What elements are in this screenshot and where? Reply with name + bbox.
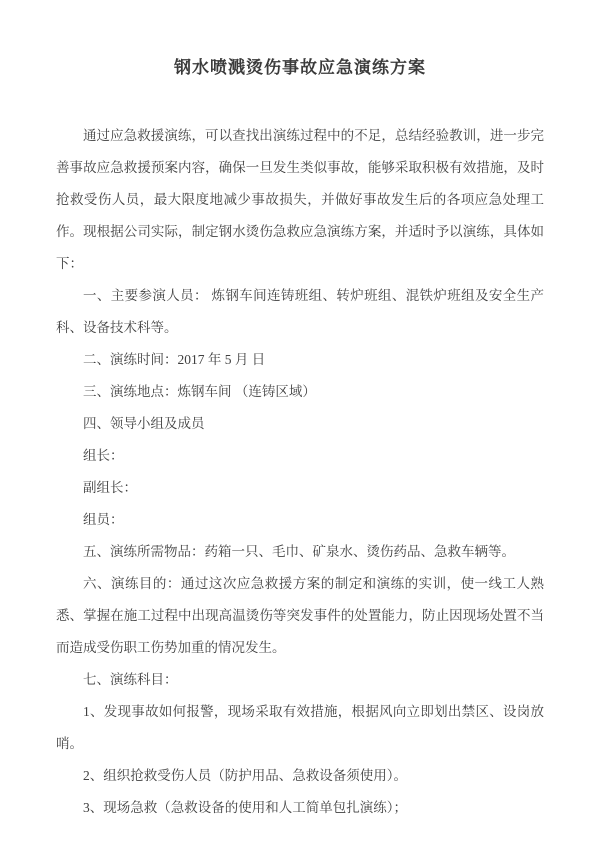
deputy-leader-field: 副组长： xyxy=(56,472,544,504)
document-body: 通过应急救援演练，可以查找出演练过程中的不足，总结经验教训，进一步完善事故应急救… xyxy=(0,120,600,824)
subject-2-rescue: 2、组织抢救受伤人员（防护用品、急救设备须使用）。 xyxy=(56,760,544,792)
item-5-supplies: 五、演练所需物品：药箱一只、毛巾、矿泉水、烫伤药品、急救车辆等。 xyxy=(56,536,544,568)
subject-3-first-aid: 3、现场急救（急救设备的使用和人工简单包扎演练）； xyxy=(56,792,544,824)
group-members-field: 组员： xyxy=(56,504,544,536)
item-1-participants: 一、主要参演人员： 炼钢车间连铸班组、转炉班组、混铁炉班组及安全生产科、设备技术… xyxy=(56,280,544,344)
item-6-purpose: 六、演练目的：通过这次应急救援方案的制定和演练的实训，使一线工人熟悉、掌握在施工… xyxy=(56,568,544,664)
intro-paragraph: 通过应急救援演练，可以查找出演练过程中的不足，总结经验教训，进一步完善事故应急救… xyxy=(56,120,544,280)
group-leader-field: 组长： xyxy=(56,440,544,472)
item-3-drill-location: 三、演练地点：炼钢车间 （连铸区域） xyxy=(56,376,544,408)
subject-1-alarm: 1、发现事故如何报警，现场采取有效措施，根据风向立即划出禁区、设岗放哨。 xyxy=(56,696,544,760)
item-7-drill-subjects: 七、演练科目： xyxy=(56,664,544,696)
item-4-leadership-group: 四、领导小组及成员 xyxy=(56,408,544,440)
document-page: 钢水喷溅烫伤事故应急演练方案 通过应急救援演练，可以查找出演练过程中的不足，总结… xyxy=(0,0,600,850)
item-2-drill-time: 二、演练时间：2017 年 5 月 日 xyxy=(56,344,544,376)
document-title: 钢水喷溅烫伤事故应急演练方案 xyxy=(0,0,600,82)
